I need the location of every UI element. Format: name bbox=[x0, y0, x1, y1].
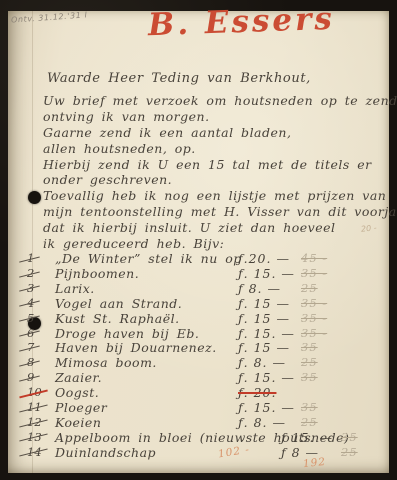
artwork-title: Oogst. bbox=[55, 385, 99, 400]
price-row: 3 Larix. ƒ 8. — 25 bbox=[0, 281, 397, 296]
price-current: ƒ. 8. — bbox=[238, 415, 286, 430]
price-old: 25 bbox=[301, 281, 318, 295]
price-row: 12 Koeien ƒ. 8. — 25 bbox=[0, 415, 397, 430]
price-old: 35 - bbox=[301, 311, 327, 325]
artwork-title: Pijnboomen. bbox=[55, 266, 139, 281]
price-row: 11 Ploeger ƒ. 15. — 35 bbox=[0, 400, 397, 415]
letter-line: dat ik hierbij insluit. U ziet dan hoeve… bbox=[43, 220, 397, 236]
price-old: 35 bbox=[301, 370, 318, 384]
price-old: 35 bbox=[341, 430, 358, 444]
row-number: 1 bbox=[27, 251, 34, 265]
price-old: 35 - bbox=[301, 326, 327, 340]
letter-line: Gaarne zend ik een aantal bladen, bbox=[43, 125, 397, 141]
row-number: 11 bbox=[27, 400, 42, 414]
price-row: 7 Haven bij Douarnenez. ƒ. 15 — 35 bbox=[0, 340, 397, 355]
price-old: 25 bbox=[341, 445, 358, 459]
price-current: ƒ. 20. bbox=[238, 385, 276, 400]
price-current: ƒ. 15 — bbox=[238, 296, 290, 311]
punch-hole bbox=[28, 191, 41, 204]
pencil-total-note: 192 bbox=[302, 456, 326, 470]
price-current: ƒ 15. — bbox=[281, 430, 333, 445]
price-row: 13 Appelboom in bloei (nieuwste houtsned… bbox=[0, 430, 397, 445]
price-row: 4 Vogel aan Strand. ƒ. 15 — 35 - bbox=[0, 296, 397, 311]
row-number: 10 bbox=[27, 385, 42, 399]
row-number: 13 bbox=[27, 430, 42, 444]
price-row: 14 Duinlandschap ƒ 8 — 25 bbox=[0, 445, 397, 460]
price-row: 9 Zaaier. ƒ. 15. — 35 bbox=[0, 370, 397, 385]
letter-line: onder geschreven. bbox=[43, 172, 397, 188]
row-number: 14 bbox=[27, 445, 42, 459]
price-old: 35 bbox=[301, 340, 318, 354]
row-number: 6 bbox=[27, 326, 34, 340]
price-old: 35 - bbox=[301, 266, 327, 280]
price-row: 1 „De Winter” stel ik nu op ƒ.20. — 45 - bbox=[0, 251, 397, 266]
scanned-letter: Ontv. 31.12.'31 I B. Essers Waarde Heer … bbox=[0, 0, 397, 480]
price-current: ƒ. 15. — bbox=[238, 400, 295, 415]
price-current: ƒ.20. — bbox=[238, 251, 290, 266]
letter-body: Uw brief met verzoek om houtsneden op te… bbox=[43, 93, 397, 252]
price-current: ƒ. 15. — bbox=[238, 326, 295, 341]
row-number: 3 bbox=[27, 281, 34, 295]
artwork-title: Vogel aan Strand. bbox=[55, 296, 182, 311]
row-number: 5 bbox=[27, 311, 34, 325]
price-current: ƒ. 15. — bbox=[238, 370, 295, 385]
price-current: ƒ. 15 — bbox=[238, 340, 290, 355]
artwork-title: Koeien bbox=[55, 415, 101, 430]
price-old: 25 bbox=[301, 415, 318, 429]
row-number: 2 bbox=[27, 266, 34, 280]
row-number: 12 bbox=[27, 415, 42, 429]
letter-line: Uw brief met verzoek om houtsneden op te… bbox=[43, 93, 397, 109]
row-number: 8 bbox=[27, 355, 34, 369]
row-number: 7 bbox=[27, 340, 34, 354]
row-number: 4 bbox=[27, 296, 34, 310]
price-row: 8 Mimosa boom. ƒ. 8. — 25 bbox=[0, 355, 397, 370]
price-old: 25 bbox=[301, 355, 318, 369]
artwork-title: Larix. bbox=[55, 281, 95, 296]
price-old: 45 - bbox=[301, 251, 327, 265]
price-current: ƒ 8. — bbox=[238, 281, 281, 296]
price-row: 6 Droge haven bij Eb. ƒ. 15. — 35 - bbox=[0, 326, 397, 341]
margin-price-note: 20 - bbox=[361, 223, 377, 234]
greeting-line: Waarde Heer Teding van Berkhout, bbox=[47, 71, 311, 86]
artwork-title: Mimosa boom. bbox=[55, 355, 157, 370]
price-current: ƒ. 15 — bbox=[238, 311, 290, 326]
price-current: ƒ. 15. — bbox=[238, 266, 295, 281]
price-row: 10 Oogst. ƒ. 20. bbox=[0, 385, 397, 400]
price-old: 35 - bbox=[301, 296, 327, 310]
price-row: 2 Pijnboomen. ƒ. 15. — 35 - bbox=[0, 266, 397, 281]
price-old: 35 bbox=[301, 400, 318, 414]
letter-line: ontving ik van morgen. bbox=[43, 109, 397, 125]
artwork-title: „De Winter” stel ik nu op bbox=[55, 251, 242, 266]
letter-line: Toevallig heb ik nog een lijstje met pri… bbox=[43, 188, 397, 204]
letter-line: allen houtsneden, op. bbox=[43, 141, 397, 157]
artwork-title: Kust St. Raphaël. bbox=[55, 311, 180, 326]
letter-line: Hierbij zend ik U een 15 tal met de tite… bbox=[43, 157, 397, 173]
row-number: 9 bbox=[27, 370, 34, 384]
price-current: ƒ. 8. — bbox=[238, 355, 286, 370]
artist-signature: B. Essers bbox=[147, 1, 335, 43]
artwork-title: Haven bij Douarnenez. bbox=[55, 340, 217, 355]
artwork-title: Duinlandschap bbox=[55, 445, 156, 460]
price-row: 5 Kust St. Raphaël. ƒ. 15 — 35 - bbox=[0, 311, 397, 326]
artwork-title: Zaaier. bbox=[55, 370, 102, 385]
letter-line: ik gereduceerd heb. Bijv: bbox=[43, 236, 397, 252]
artwork-title: Ploeger bbox=[55, 400, 107, 415]
artwork-title: Droge haven bij Eb. bbox=[55, 326, 199, 341]
letter-line: mijn tentoonstelling met H. Visser van d… bbox=[43, 204, 397, 220]
